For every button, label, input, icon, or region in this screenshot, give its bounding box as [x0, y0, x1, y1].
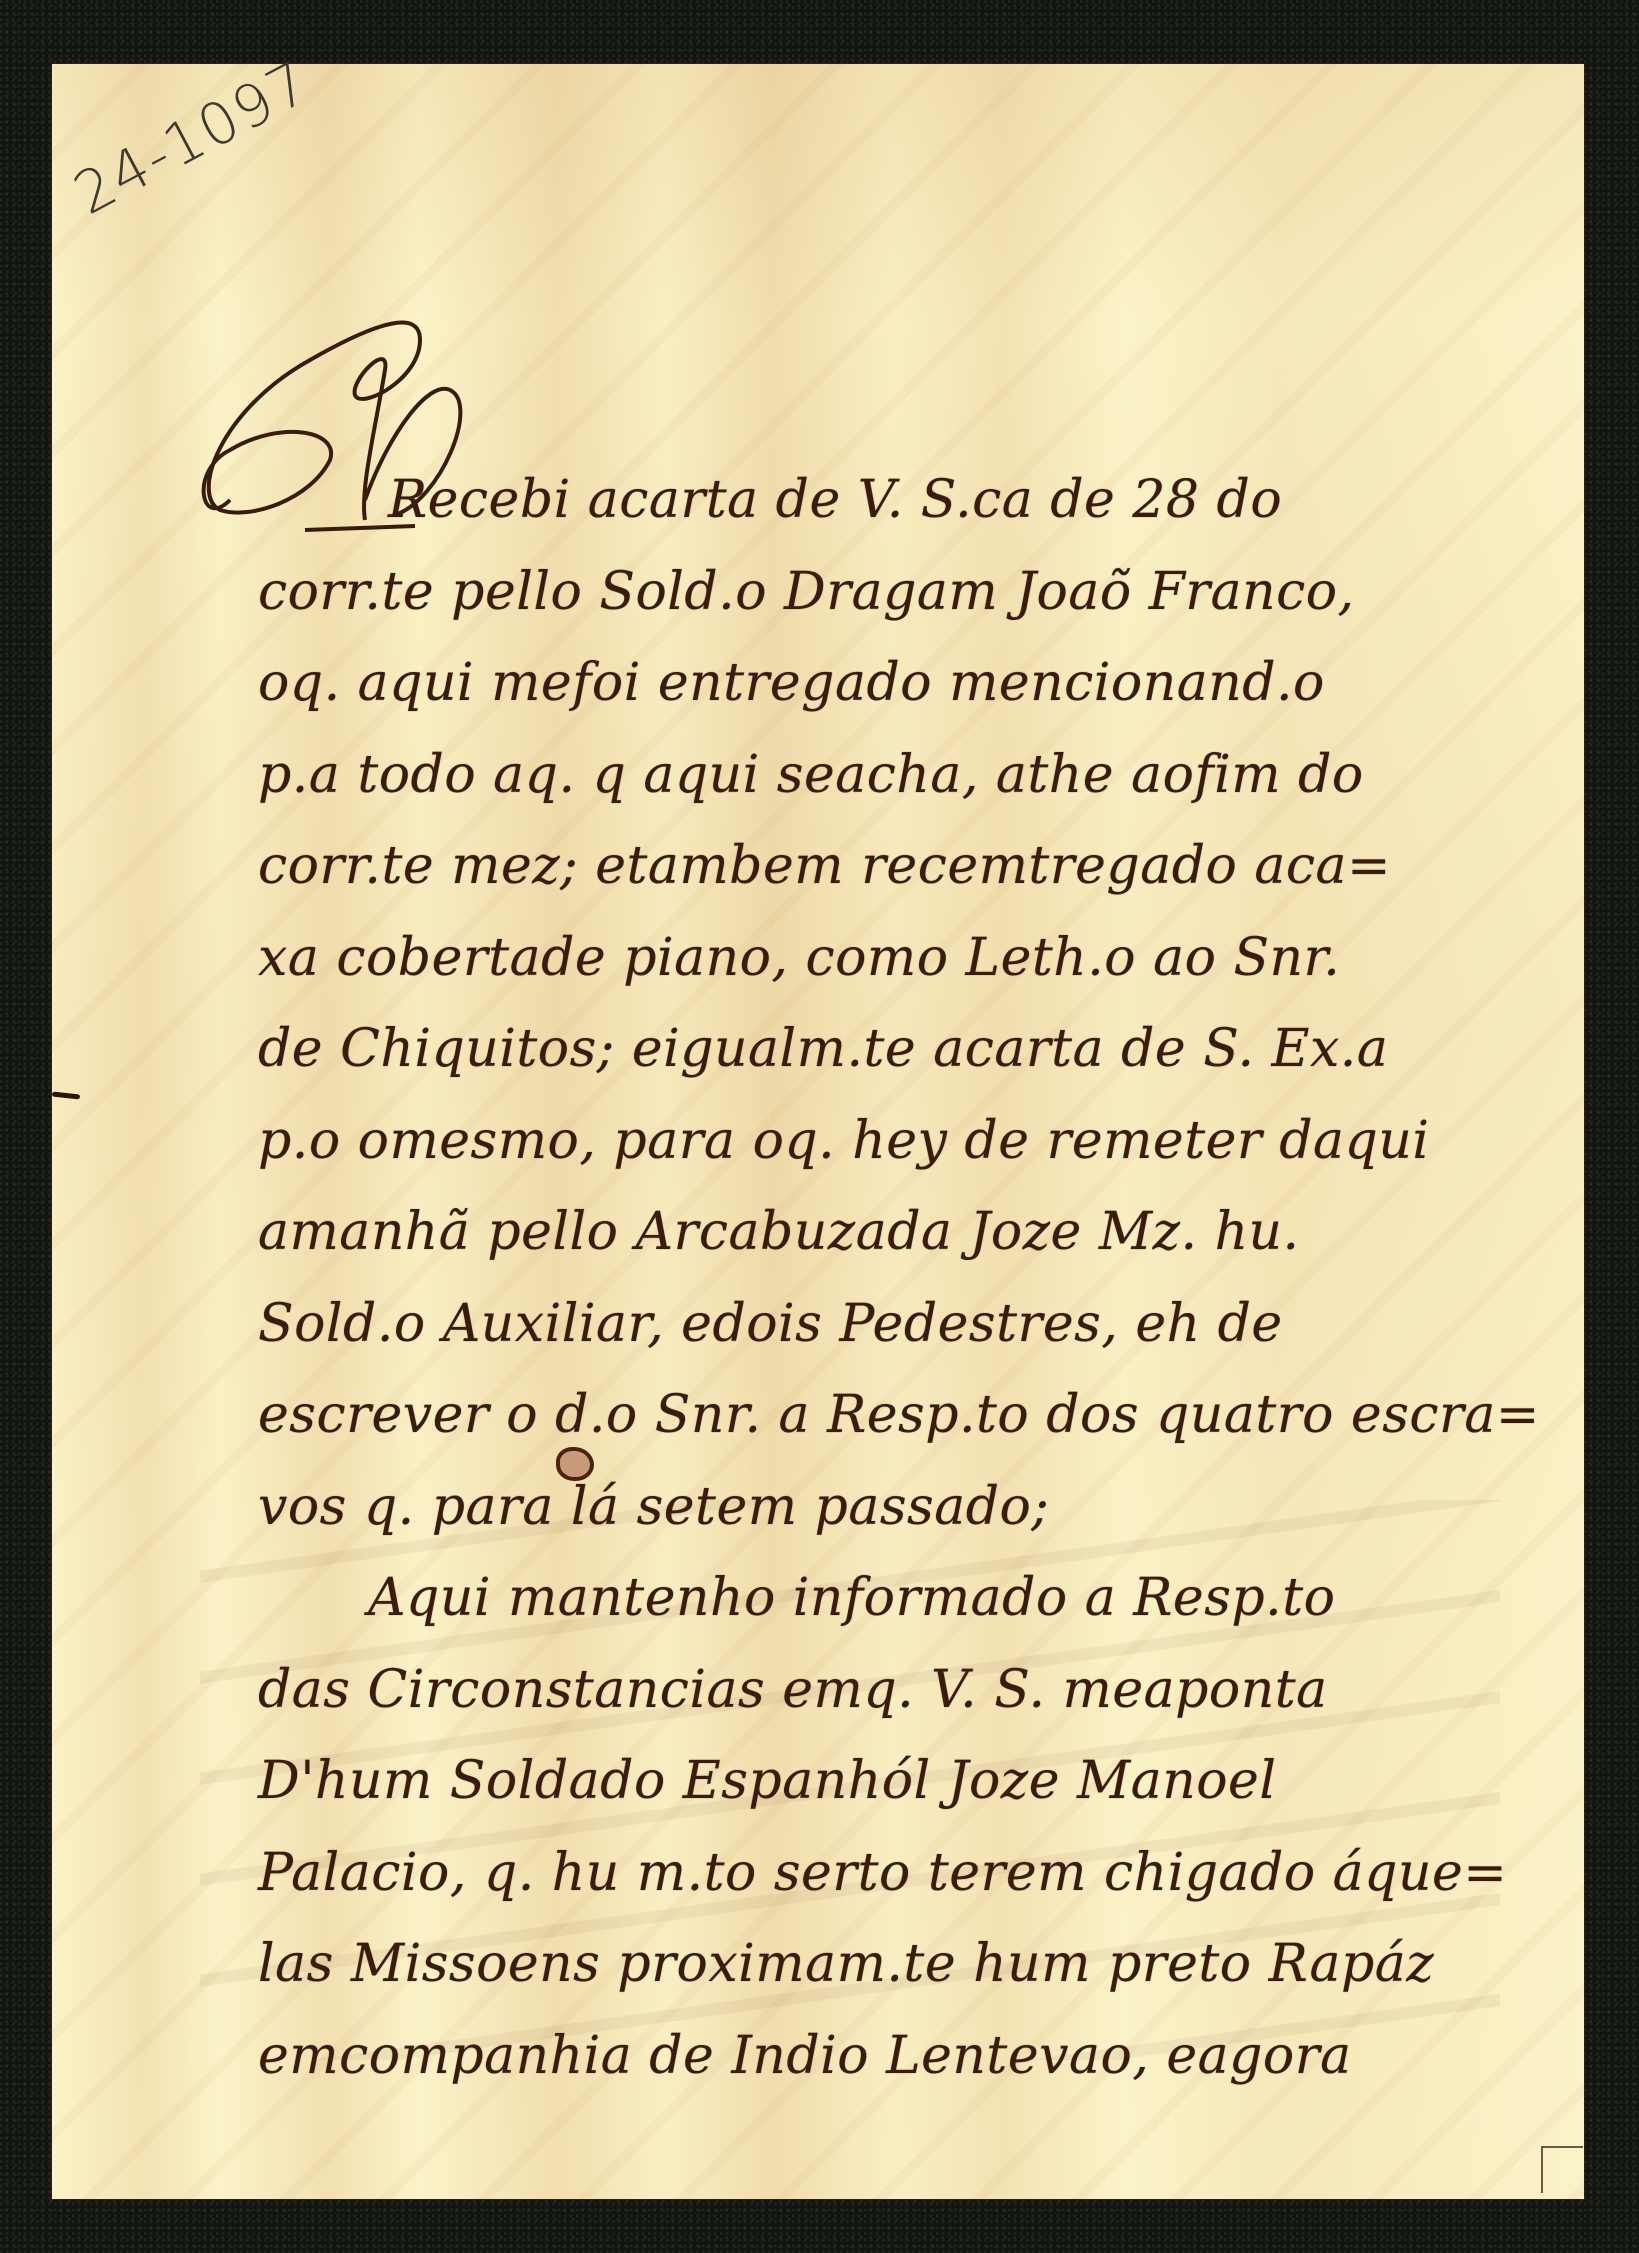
- manuscript-line: corr.te pello Sold.o Dragam Joaõ Franco,: [258, 547, 1558, 639]
- manuscript-line: Recebi acarta de V. S.ca de 28 do: [258, 455, 1558, 547]
- manuscript-line: corr.te mez; etambem recemtregado aca=: [258, 821, 1558, 913]
- corner-mark: [1541, 2146, 1583, 2193]
- ink-blot: [556, 1447, 594, 1481]
- manuscript-text: Recebi acarta de V. S.ca de 28 do corr.t…: [258, 455, 1558, 2102]
- manuscript-line: p.a todo aq. q aqui seacha, athe aofim d…: [258, 730, 1558, 822]
- manuscript-line: escrever o d.o Snr. a Resp.to dos quatro…: [258, 1370, 1558, 1462]
- manuscript-line: Aqui mantenho informado a Resp.to: [258, 1553, 1558, 1645]
- manuscript-line: vos q. para lá setem passado;: [258, 1462, 1558, 1554]
- manuscript-line: amanhã pello Arcabuzada Joze Mz. hu.: [258, 1187, 1558, 1279]
- manuscript-line: p.o omesmo, para oq. hey de remeter daqu…: [258, 1096, 1558, 1188]
- manuscript-line: Palacio, q. hu m.to serto terem chigado …: [258, 1828, 1558, 1920]
- manuscript-line: Sold.o Auxiliar, edois Pedestres, eh de: [258, 1279, 1558, 1371]
- manuscript-line: xa cobertade piano, como Leth.o ao Snr.: [258, 913, 1558, 1005]
- manuscript-line: das Circonstancias emq. V. S. meaponta: [258, 1645, 1558, 1737]
- manuscript-line: oq. aqui mefoi entregado mencionand.o: [258, 638, 1558, 730]
- manuscript-line: emcompanhia de Indio Lentevao, eagora: [258, 2011, 1558, 2103]
- manuscript-line: D'hum Soldado Espanhól Joze Manoel: [258, 1736, 1558, 1828]
- manuscript-line: de Chiquitos; eigualm.te acarta de S. Ex…: [258, 1004, 1558, 1096]
- manuscript-line: las Missoens proximam.te hum preto Rapáz: [258, 1919, 1558, 2011]
